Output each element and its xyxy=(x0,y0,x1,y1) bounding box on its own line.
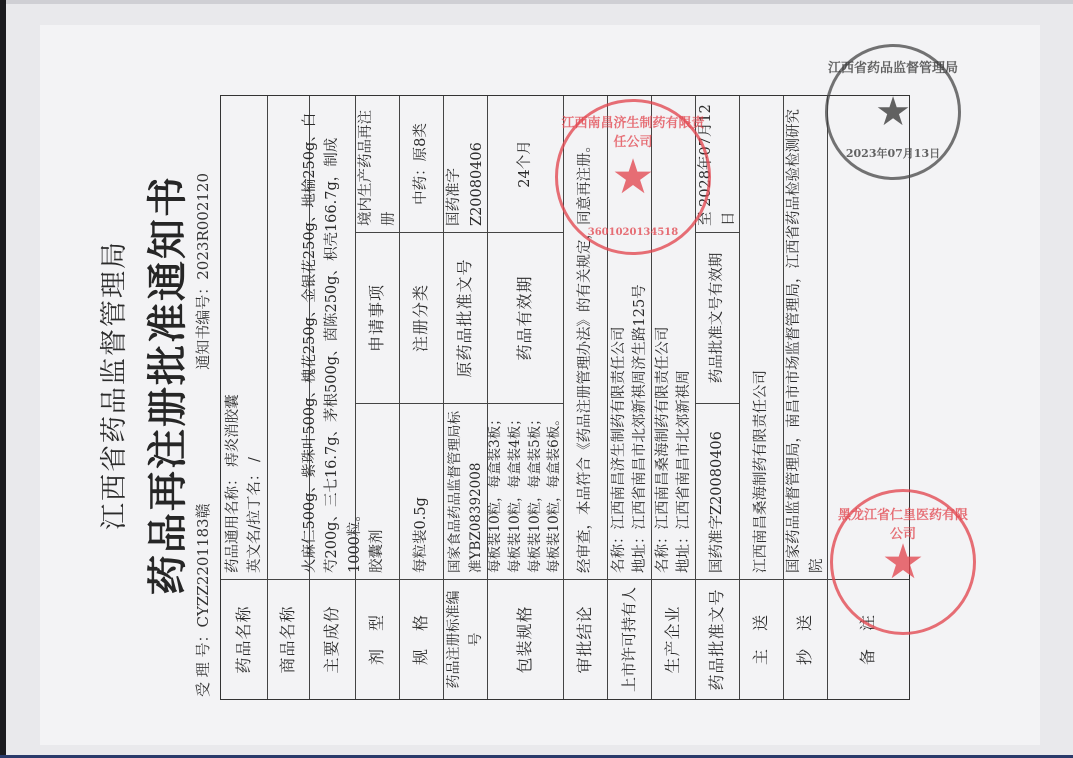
label-dosage-form: 剂 型 xyxy=(356,579,399,699)
issuing-agency: 江西省药品监督管理局 xyxy=(92,25,131,745)
manufacturer-address: 地址：江西省南昌市北郊新祺周 xyxy=(674,370,694,573)
holder-seal-code: 3601020134518 xyxy=(558,227,708,238)
row-ingredients: 主要成份 火麻仁500g、紫珠叶500g、槐花250g、金银花250g、地榆25… xyxy=(309,96,355,699)
value-approval-no: 国药准字Z20080406 xyxy=(696,404,739,579)
notice-document: 江西省药品监督管理局 药品再注册批准通知书 受 理 号：CYZZ2201183赣… xyxy=(40,25,1040,745)
value-ingredients: 火麻仁500g、紫珠叶500g、槐花250g、金银花250g、地榆250g、白芍… xyxy=(310,96,355,579)
value-dosage-form: 胶囊剂 xyxy=(356,404,399,579)
label-conclusion: 审批结论 xyxy=(564,579,607,699)
manufacturer-name: 名称：江西南昌桑海制药有限责任公司 xyxy=(653,327,673,574)
label-standard: 药品注册标准编号 xyxy=(444,579,487,699)
star-icon: ★ xyxy=(611,153,654,201)
value-original-approval-no: 国药准字Z20080406 xyxy=(444,96,487,232)
notice-number: 通知书编号：2023R002120 xyxy=(192,173,213,370)
other-company-seal: 黑龙江省仁皇医药有限公司 ★ xyxy=(830,489,976,635)
label-manufacturer: 生产企业 xyxy=(652,579,695,699)
star-icon: ★ xyxy=(881,538,924,586)
row-dosage-form: 剂 型 胶囊剂 申请事项 境内生产药品再注册 xyxy=(355,96,399,699)
english-name: 英文名/拉丁名： / xyxy=(244,457,266,573)
holder-name: 名称：江西南昌济生制药有限责任公司 xyxy=(609,327,629,574)
value-packaging: 每板装10粒，每盒装3板；每板装10粒，每盒装4板；每板装10粒，每盒装5板；每… xyxy=(488,404,563,579)
notice-number-label: 通知书编号： xyxy=(194,280,212,370)
label-shelf-life: 药品有效期 xyxy=(488,232,563,404)
value-main-recipient: 江西南昌桑海制药有限责任公司 xyxy=(740,96,783,579)
row-standard: 药品注册标准编号 国家食品药品监督管理局标准YBZ08392008 原药品批准文… xyxy=(443,96,487,699)
acceptance-number-label: 受 理 号： xyxy=(194,627,212,697)
label-original-approval-no: 原药品批准文号 xyxy=(444,232,487,404)
value-application-item: 境内生产药品再注册 xyxy=(356,96,399,232)
label-trade-name: 商品名称 xyxy=(268,579,309,699)
value-shelf-life: 24个月 xyxy=(488,96,563,232)
value-spec: 每粒装0.5g xyxy=(400,404,443,579)
scan-edge-left xyxy=(0,0,6,758)
value-drug-name: 药品通用名称： 痔炎消胶囊 英文名/拉丁名： / xyxy=(221,96,267,579)
label-drug-name: 药品名称 xyxy=(221,579,267,699)
star-icon: ★ xyxy=(875,92,911,132)
value-standard: 国家食品药品监督管理局标准YBZ08392008 xyxy=(444,404,487,579)
row-drug-name: 药品名称 药品通用名称： 痔炎消胶囊 英文名/拉丁名： / xyxy=(221,96,267,699)
holder-seal-text: 江西南昌济生制药有限责任公司 xyxy=(558,112,708,150)
agency-seal-text: 江西省药品监督管理局 xyxy=(828,57,958,76)
row-main-recipient: 主 送 江西南昌桑海制药有限责任公司 xyxy=(739,96,783,699)
label-packaging: 包装规格 xyxy=(488,579,563,699)
label-approval-validity: 药品批准文号有效期 xyxy=(696,232,739,404)
label-main-recipient: 主 送 xyxy=(740,579,783,699)
label-cc: 抄 送 xyxy=(784,579,827,699)
row-cc: 抄 送 国家药品监督管理局，南昌市市场监督管理局，江西省药品检验检测研究院 xyxy=(783,96,827,699)
acceptance-number: 受 理 号：CYZZ2201183赣 xyxy=(192,503,213,697)
holder-address: 地址：江西省南昌市北郊新祺周济生路125号 xyxy=(630,284,650,573)
document-title: 药品再注册批准通知书 xyxy=(136,25,193,745)
label-registration-class: 注册分类 xyxy=(400,232,443,404)
label-holder: 上市许可持有人 xyxy=(608,579,651,699)
label-ingredients: 主要成份 xyxy=(310,579,355,699)
label-spec: 规 格 xyxy=(400,579,443,699)
row-spec: 规 格 每粒装0.5g 注册分类 中药：原8类 xyxy=(399,96,443,699)
value-registration-class: 中药：原8类 xyxy=(400,96,443,232)
generic-name: 药品通用名称： 痔炎消胶囊 xyxy=(222,394,244,573)
agency-date-seal: 江西省药品监督管理局 ★ 2023年07月13日 xyxy=(825,44,961,180)
row-packaging: 包装规格 每板装10粒，每盒装3板；每板装10粒，每盒装4板；每板装10粒，每盒… xyxy=(487,96,563,699)
notice-number-value: 2023R002120 xyxy=(194,173,212,280)
agency-seal-date: 2023年07月13日 xyxy=(828,145,958,161)
holder-company-seal: 江西南昌济生制药有限责任公司 ★ 3601020134518 xyxy=(555,99,711,255)
scan-edge-top xyxy=(0,0,1073,4)
label-approval-no: 药品批准文号 xyxy=(696,579,739,699)
acceptance-number-value: CYZZ2201183赣 xyxy=(194,503,212,627)
other-seal-text: 黑龙江省仁皇医药有限公司 xyxy=(833,504,973,542)
value-cc: 国家药品监督管理局，南昌市市场监督管理局，江西省药品检验检测研究院 xyxy=(784,96,827,579)
label-application-item: 申请事项 xyxy=(356,232,399,404)
